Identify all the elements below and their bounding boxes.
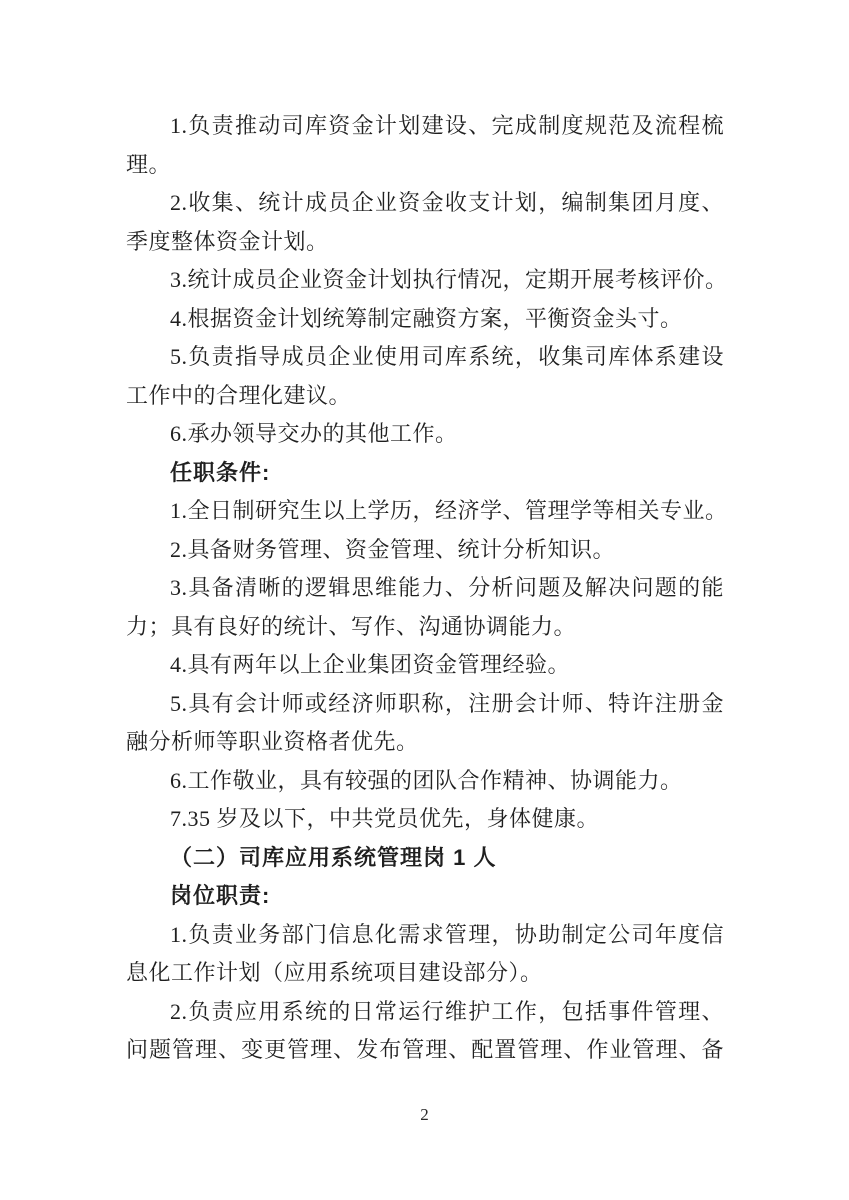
text-line: 息化工作计划（应用系统项目建设部分）。 bbox=[126, 954, 724, 993]
text-line: 工作中的合理化建议。 bbox=[126, 377, 724, 416]
heading-duties: 岗位职责: bbox=[126, 877, 724, 916]
heading-qualifications: 任职条件: bbox=[126, 454, 724, 493]
text-line: 2.负责应用系统的日常运行维护工作，包括事件管理、 bbox=[126, 993, 724, 1032]
text-line: 2.收集、统计成员企业资金收支计划，编制集团月度、 bbox=[126, 184, 724, 223]
text-line: 力；具有良好的统计、写作、沟通协调能力。 bbox=[126, 608, 724, 647]
text-line: 3.统计成员企业资金计划执行情况，定期开展考核评价。 bbox=[126, 261, 724, 300]
text-line: 季度整体资金计划。 bbox=[126, 223, 724, 262]
text-line: 6.工作敬业，具有较强的团队合作精神、协调能力。 bbox=[126, 762, 724, 801]
document-text-block: 1.负责推动司库资金计划建设、完成制度规范及流程梳 理。 2.收集、统计成员企业… bbox=[126, 107, 724, 1070]
page-number: 2 bbox=[0, 1104, 849, 1126]
text-line: 融分析师等职业资格者优先。 bbox=[126, 723, 724, 762]
text-line: 1.负责推动司库资金计划建设、完成制度规范及流程梳 bbox=[126, 107, 724, 146]
text-line: 6.承办领导交办的其他工作。 bbox=[126, 415, 724, 454]
text-line: 4.具有两年以上企业集团资金管理经验。 bbox=[126, 646, 724, 685]
text-line: 2.具备财务管理、资金管理、统计分析知识。 bbox=[126, 531, 724, 570]
text-line: 4.根据资金计划统筹制定融资方案，平衡资金头寸。 bbox=[126, 300, 724, 339]
document-page: 1.负责推动司库资金计划建设、完成制度规范及流程梳 理。 2.收集、统计成员企业… bbox=[0, 0, 849, 1200]
text-line: 1.全日制研究生以上学历，经济学、管理学等相关专业。 bbox=[126, 492, 724, 531]
text-line: 问题管理、变更管理、发布管理、配置管理、作业管理、备 bbox=[126, 1031, 724, 1070]
heading-position-treasury-app-system: （二）司库应用系统管理岗 1 人 bbox=[126, 839, 724, 878]
text-line: 3.具备清晰的逻辑思维能力、分析问题及解决问题的能 bbox=[126, 569, 724, 608]
text-line: 5.负责指导成员企业使用司库系统，收集司库体系建设 bbox=[126, 338, 724, 377]
text-line: 5.具有会计师或经济师职称，注册会计师、特许注册金 bbox=[126, 685, 724, 724]
text-line: 理。 bbox=[126, 146, 724, 185]
text-line: 1.负责业务部门信息化需求管理，协助制定公司年度信 bbox=[126, 916, 724, 955]
text-line: 7.35 岁及以下，中共党员优先，身体健康。 bbox=[126, 800, 724, 839]
